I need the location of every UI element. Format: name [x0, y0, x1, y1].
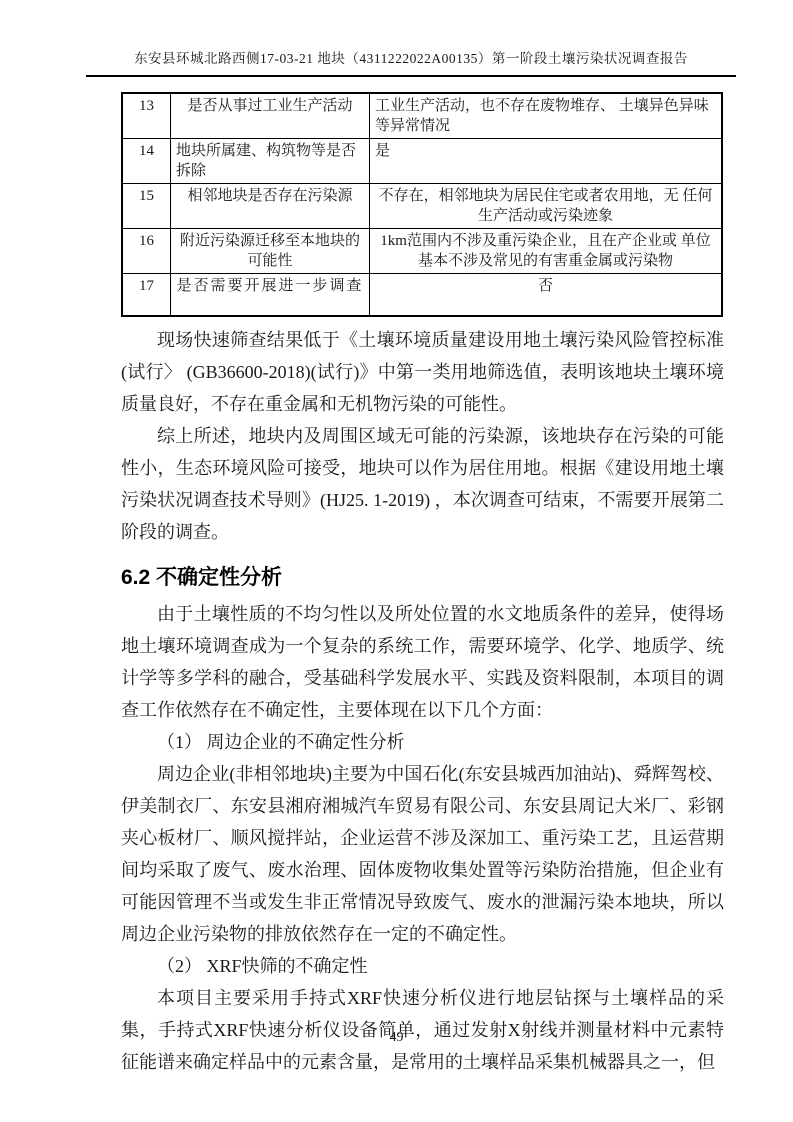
document-page: 东安县环城北路西侧17-03-21 地块（4311222022A00135）第一…: [0, 0, 793, 1122]
site-screening-table: 13 是否从事过工业生产活动 工业生产活动，也不存在废物堆存、 土壤异色异味等异…: [121, 92, 723, 317]
question-cell: 是否从事过工业生产活动: [171, 93, 370, 139]
row-number-cell: 17: [122, 274, 171, 316]
answer-cell: 不存在，相邻地块为居民住宅或者农用地，无 任何生产活动或污染迹象: [370, 184, 723, 229]
paragraph-screening-result: 现场快速筛查结果低于《土壤环境质量建设用地土壤污染风险管控标准(试行〉 (GB3…: [121, 324, 724, 420]
list-item-2-heading: （2） XRF快筛的不确定性: [121, 950, 724, 982]
table-row: 15 相邻地块是否存在污染源 不存在，相邻地块为居民住宅或者农用地，无 任何生产…: [122, 184, 722, 229]
row-number-cell: 15: [122, 184, 171, 229]
answer-cell: 否: [370, 274, 723, 316]
question-cell: 附近污染源迁移至本地块的可能性: [171, 229, 370, 274]
list-item-1-heading: （1） 周边企业的不确定性分析: [121, 726, 724, 758]
question-cell: 是否需要开展进一步调查: [171, 274, 370, 316]
table-row: 17 是否需要开展进一步调查 否: [122, 274, 722, 316]
table-row: 13 是否从事过工业生产活动 工业生产活动，也不存在废物堆存、 土壤异色异味等异…: [122, 93, 722, 139]
paragraph-uncertainty-intro: 由于土壤性质的不均匀性以及所处位置的水文地质条件的差异，使得场地土壤环境调查成为…: [121, 598, 724, 726]
question-cell: 相邻地块是否存在污染源: [171, 184, 370, 229]
answer-cell: 是: [370, 139, 723, 184]
running-header: 东安县环城北路西侧17-03-21 地块（4311222022A00135）第一…: [86, 50, 736, 77]
page-number: 49: [0, 1030, 793, 1046]
page-content: 13 是否从事过工业生产活动 工业生产活动，也不存在废物堆存、 土壤异色异味等异…: [121, 92, 724, 1078]
paragraph-surrounding-enterprises: 周边企业(非相邻地块)主要为中国石化(东安县城西加油站)、舜辉驾校、伊美制衣厂、…: [121, 758, 724, 950]
answer-cell: 1km范围内不涉及重污染企业，且在产企业或 单位基本不涉及常见的有害重金属或污染…: [370, 229, 723, 274]
answer-cell: 工业生产活动，也不存在废物堆存、 土壤异色异味等异常情况: [370, 93, 723, 139]
table-row: 14 地块所属建、构筑物等是否拆除 是: [122, 139, 722, 184]
body-text: 现场快速筛查结果低于《土壤环境质量建设用地土壤污染风险管控标准(试行〉 (GB3…: [121, 324, 724, 1078]
question-cell: 地块所属建、构筑物等是否拆除: [171, 139, 370, 184]
row-number-cell: 16: [122, 229, 171, 274]
header-title: 东安县环城北路西侧17-03-21 地块（4311222022A00135）第一…: [134, 51, 688, 66]
section-heading-6-2: 6.2 不确定性分析: [121, 561, 724, 591]
paragraph-conclusion: 综上所述，地块内及周围区域无可能的污染源，该地块存在污染的可能性小，生态环境风险…: [121, 420, 724, 548]
row-number-cell: 14: [122, 139, 171, 184]
table-row: 16 附近污染源迁移至本地块的可能性 1km范围内不涉及重污染企业，且在产企业或…: [122, 229, 722, 274]
row-number-cell: 13: [122, 93, 171, 139]
